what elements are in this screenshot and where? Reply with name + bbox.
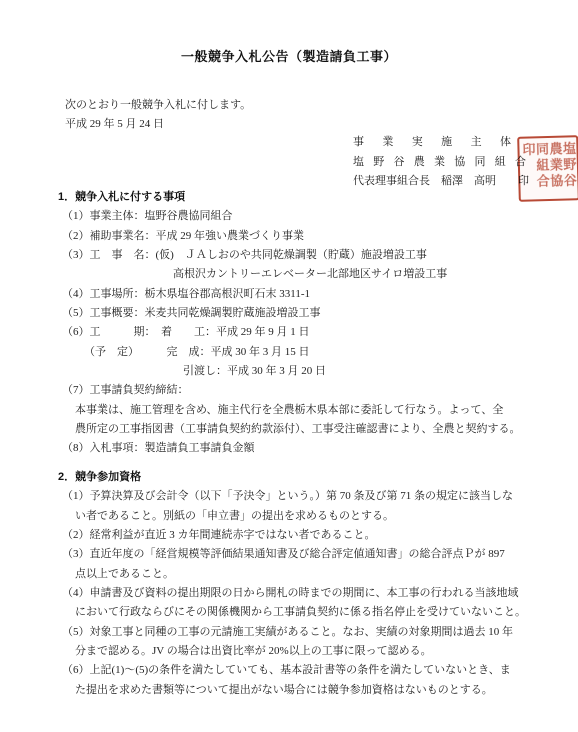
- intro-block: 次のとおり一般競争入札に付します。 平成 29 年 5 月 24 日: [65, 96, 251, 135]
- doc-line: 高根沢カントリーエレベーター北部地区サイロ増設工事: [62, 265, 544, 284]
- doc-line: （2）経常利益が直近 3 カ年間連続赤字ではない者であること。: [62, 526, 544, 545]
- doc-line: （5）対象工事と同種の工事の元請施工実績があること。なお、実績の対象期間は過去 …: [62, 623, 544, 642]
- doc-line: （1）事業主体：塩野谷農協同組合: [62, 207, 544, 226]
- doc-line: （8）入札事項：製造請負工事請負金額: [62, 439, 544, 458]
- doc-line: （4）申請書及び資料の提出期限の日から開札の時までの期間に、本工事の行われる当該…: [62, 584, 544, 603]
- issuer-char: 業: [434, 153, 445, 173]
- doc-line: （6）工 期： 着 工：平成 29 年 9 月 1 日: [62, 323, 544, 342]
- doc-line: 点以上であること。: [62, 565, 544, 584]
- issuer-char: 組: [495, 153, 506, 173]
- doc-line: （5）工事概要：米麦共同乾燥調製貯蔵施設増設工事: [62, 304, 544, 323]
- issuer-char: 協: [454, 153, 465, 173]
- issuer-char: 塩: [353, 153, 364, 173]
- doc-line: 引渡し：平成 30 年 3 月 20 日: [62, 362, 544, 381]
- issuer-char: 野: [373, 153, 384, 173]
- issuer-justified-2: 塩野谷農業協同組合: [353, 153, 526, 173]
- doc-line: い者であること。別紙の「申立書」の提出を求めるものとする。: [62, 507, 544, 526]
- doc-line: （6）上記(1)～(5)の条件を満たしていても、基本設計書等の条件を満たしていな…: [62, 661, 544, 680]
- section-1: 1．競争入札に付する事項（1）事業主体：塩野谷農協同組合（2）補助事業名：平成 …: [62, 188, 544, 459]
- section-heading: 2．競争参加資格: [58, 468, 544, 487]
- scanned-bid-notice-page: 一般競争入札公告（製造請負工事） 次のとおり一般競争入札に付します。 平成 29…: [0, 0, 578, 732]
- doc-line: 分まで認める。JV の場合は出資比率が 20%以上の工事に限って認める。: [62, 642, 544, 661]
- issuer-char: 体: [500, 133, 511, 153]
- doc-line: （3）工 事 名：(仮) ＪＡしおのや共同乾燥調製（貯蔵）施設増設工事: [62, 246, 544, 265]
- document-body: 1．競争入札に付する事項（1）事業主体：塩野谷農協同組合（2）補助事業名：平成 …: [62, 188, 544, 700]
- issuer-char: 農: [414, 153, 425, 173]
- doc-line: （4）工事場所：栃木県塩谷郡高根沢町石末 3311-1: [62, 285, 544, 304]
- issuer-block: 事業実施主体 塩野谷農業協同組合 代表理事組合長 稲澤 高明 印: [353, 133, 529, 192]
- issuer-char: 同: [475, 153, 486, 173]
- issuer-char: 事: [353, 133, 364, 153]
- issuer-char: 主: [471, 133, 482, 153]
- intro-sentence: 次のとおり一般競争入札に付します。: [65, 96, 251, 115]
- doc-line: 本事業は、施工管理を含め、施主代行を全農栃木県本部に委託して行なう。よって、全: [62, 401, 544, 420]
- doc-line: 農所定の工事指図書（工事請負契約約款添付）、工事受注確認書により、全農と契約する…: [62, 420, 544, 439]
- issuer-justified-1: 事業実施主体: [353, 133, 511, 153]
- issuer-char: 施: [441, 133, 452, 153]
- doc-line: （2）補助事業名：平成 29 年強い農業づくり事業: [62, 227, 544, 246]
- doc-line: （1）予算決算及び会計令（以下「予決令」という。）第 70 条及び第 71 条の…: [62, 487, 544, 506]
- issuer-char: 業: [382, 133, 393, 153]
- section-heading: 1．競争入札に付する事項: [58, 188, 544, 207]
- notice-date: 平成 29 年 5 月 24 日: [65, 115, 251, 134]
- document-title: 一般競争入札公告（製造請負工事）: [0, 46, 578, 65]
- doc-line: た提出を求めた書類等について提出がない場合には競争参加資格はないものとする。: [62, 681, 544, 700]
- doc-line: （7）工事請負契約締結：: [62, 381, 544, 400]
- doc-line: において行政ならびにその関係機関から工事請負契約に係る指名停止を受けていないこと…: [62, 603, 544, 622]
- issuer-char: 実: [412, 133, 423, 153]
- doc-line: （3）直近年度の「経営規模等評価結果通知書及び総合評定値通知書」の総合評点Ｐが …: [62, 545, 544, 564]
- issuer-char: 谷: [394, 153, 405, 173]
- section-2: 2．競争参加資格（1）予算決算及び会計令（以下「予決令」という。）第 70 条及…: [62, 468, 544, 700]
- doc-line: （予 定） 完 成：平成 30 年 3 月 15 日: [62, 343, 544, 362]
